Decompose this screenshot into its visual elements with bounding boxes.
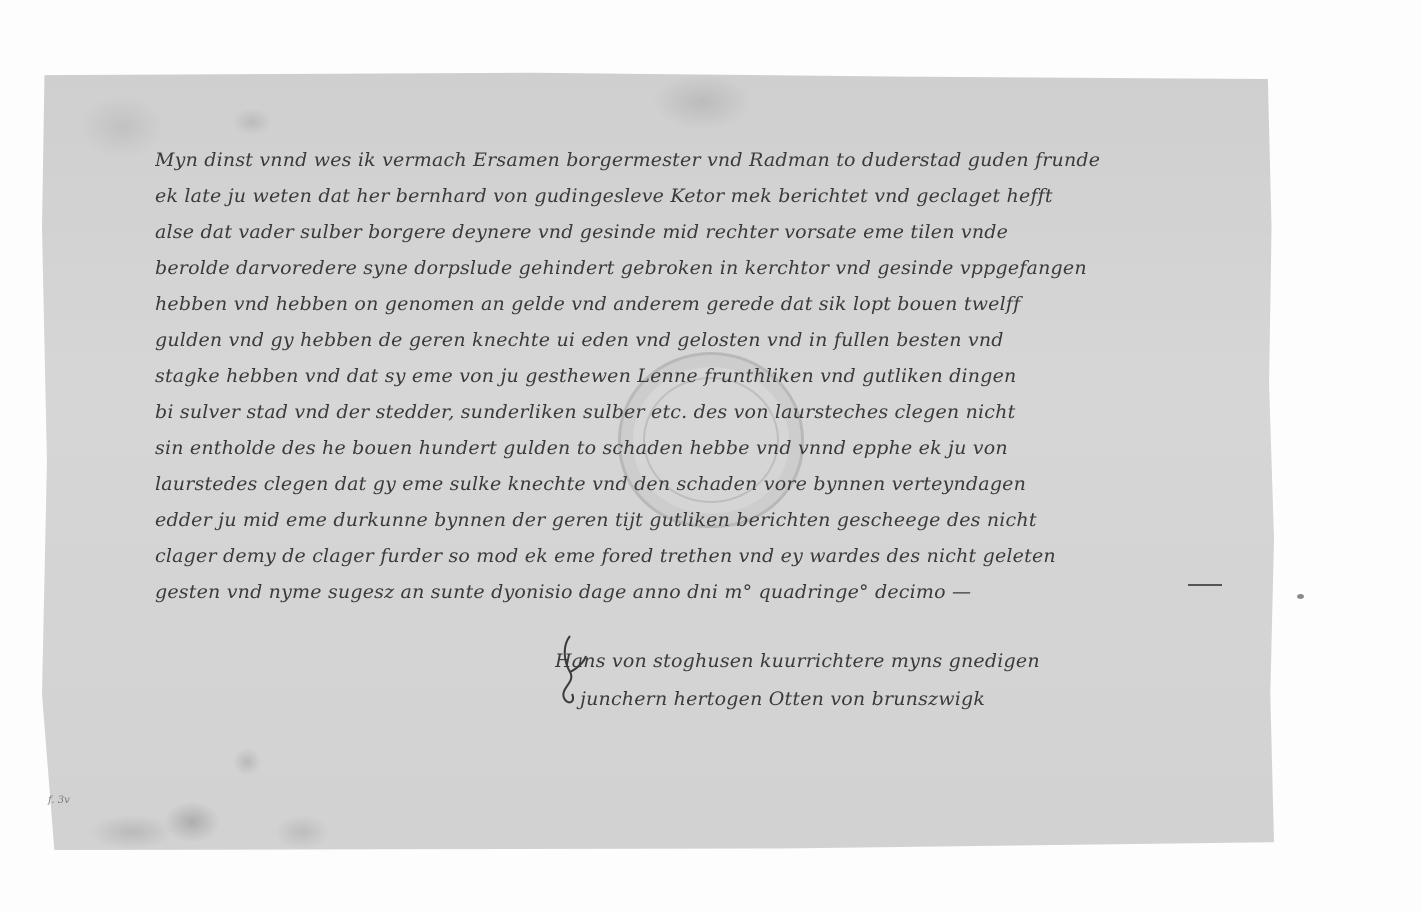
signature-line: Hans von stoghusen kuurrichtere myns gne… <box>555 642 1155 680</box>
letter-line: berolde darvoredere syne dorpslude gehin… <box>155 250 1235 286</box>
dust-speck <box>1297 594 1304 599</box>
letter-line: edder ju mid eme durkunne bynnen der ger… <box>155 502 1235 538</box>
letter-body: Myn dinst vnnd wes ik vermach Ersamen bo… <box>155 142 1235 610</box>
letter-line: clager demy de clager furder so mod ek e… <box>155 538 1235 574</box>
letter-line: Myn dinst vnnd wes ik vermach Ersamen bo… <box>155 142 1235 178</box>
letter-line: laurstedes clegen dat gy eme sulke knech… <box>155 466 1235 502</box>
signature-block: Hans von stoghusen kuurrichtere myns gne… <box>555 642 1155 718</box>
letter-line: stagke hebben vnd dat sy eme von ju gest… <box>155 358 1235 394</box>
letter-line: sin entholde des he bouen hundert gulden… <box>155 430 1235 466</box>
closing-dash <box>1188 584 1222 586</box>
folio-note: f. 3v <box>48 795 70 806</box>
letter-line: hebben vnd hebben on genomen an gelde vn… <box>155 286 1235 322</box>
letter-line: bi sulver stad vnd der stedder, sunderli… <box>155 394 1235 430</box>
signature-line: junchern hertogen Otten von brunszwigk <box>555 680 1155 718</box>
letter-line: alse dat vader sulber borgere deynere vn… <box>155 214 1235 250</box>
letter-line: gulden vnd gy hebben de geren knechte ui… <box>155 322 1235 358</box>
letter-line: ek late ju weten dat her bernhard von gu… <box>155 178 1235 214</box>
scan-background: Myn dinst vnnd wes ik vermach Ersamen bo… <box>0 0 1422 913</box>
letter-line: gesten vnd nyme sugesz an sunte dyonisio… <box>155 574 1235 610</box>
